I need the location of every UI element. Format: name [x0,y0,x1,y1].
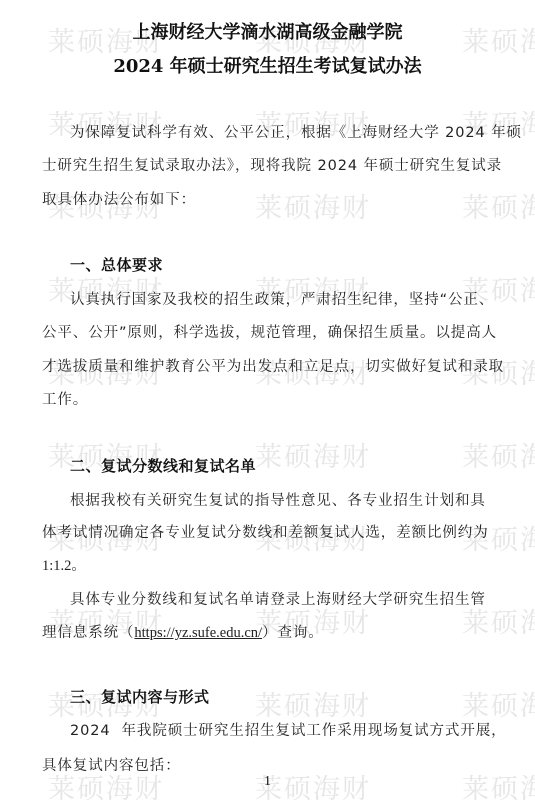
section-paragraph-line: 1:1.2。 [42,556,484,576]
document-content: 上海财经大学滴水湖高级金融学院 2024 年硕士研究生招生考试复试办法 为保障复… [0,0,535,806]
query-text: ）查询。 [262,625,324,641]
section-paragraph-line: 工作。 [42,390,484,410]
section-paragraph-line: 体考试情况确定各专业复试分数线和差额复试人选，差额比例约为 [42,523,484,543]
section-paragraph-line: 理信息系统（https://yz.sufe.edu.cn/）查询。 [42,623,484,643]
section-paragraph-line: 具体复试内容包括： [42,756,484,776]
intro-paragraph-line: 为保障复试科学有效、公平公正，根据《上海财经大学 2024 年硕 [70,123,484,143]
section-heading-score-lines: 二、复试分数线和复试名单 [70,456,256,476]
section-paragraph-line: 公平、公开”原则，科学选拔，规范管理，确保招生质量。以提高人 [42,323,484,343]
section-heading-general: 一、总体要求 [70,255,163,275]
admissions-system-link[interactable]: https://yz.sufe.edu.cn/ [134,625,262,641]
document-title-line2: 2024 年硕士研究生招生考试复试办法 [0,56,535,78]
section-heading-content-format: 三、复试内容与形式 [70,687,210,707]
section-paragraph-line: 认真执行国家及我校的招生政策，严肃招生纪律，坚持“公正、 [70,290,484,310]
section-paragraph-line: 2024 年我院硕士研究生招生复试工作采用现场复试方式开展， [70,721,484,741]
intro-paragraph-line: 士研究生招生复试录取办法》，现将我院 2024 年硕士研究生复试录 [42,156,484,176]
section-paragraph-line: 具体专业分数线和复试名单请登录上海财经大学研究生招生管 [70,590,484,610]
system-name-text: 理信息系统（ [42,625,134,641]
intro-paragraph-line: 取具体办法公布如下： [42,190,484,210]
document-title-line1: 上海财经大学滴水湖高级金融学院 [0,22,535,44]
section-paragraph-line: 才选拔质量和维护教育公平为出发点和立足点，切实做好复试和录取 [42,357,484,377]
section-paragraph-line: 根据我校有关研究生复试的指导性意见、各专业招生计划和具 [70,491,484,511]
page-number: 1 [0,774,535,790]
document-page: 莱硕海财莱硕海财莱硕海财莱硕海财莱硕海财莱硕海财莱硕海财莱硕海财莱硕海财莱硕海财… [0,0,535,806]
